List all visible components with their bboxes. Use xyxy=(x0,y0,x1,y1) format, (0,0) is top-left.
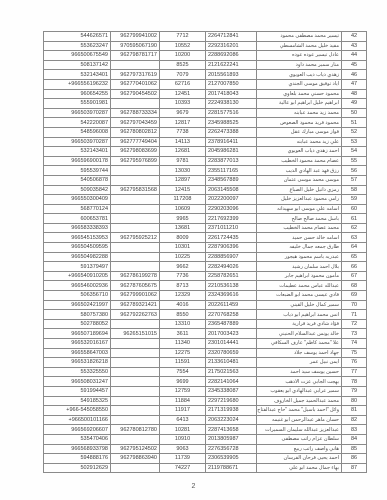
cell-phone_b xyxy=(111,319,160,329)
cell-national_id: 2297219680 xyxy=(206,396,257,406)
cell-phone_b: 96265151015 xyxy=(111,329,160,339)
table-row: 535470406109102013805987سلطان عزام راتب … xyxy=(44,434,367,444)
cell-name: محمد عصام محمد الخطيب xyxy=(257,223,342,233)
table-row: 59137949796622282494026بلال احمد سلمان ر… xyxy=(44,262,367,272)
cell-name: بلال احمد سلمان رشيد xyxy=(257,262,342,272)
cell-national_id: 2171319938 xyxy=(206,406,257,416)
table-row: 509035842962795831568124152063145508رمزي… xyxy=(44,185,367,195)
table-row: 594888176962798863940117392306539905احمد… xyxy=(44,454,367,464)
cell-phone_a: 549185325 xyxy=(44,396,111,406)
cell-national_id: 2365487889 xyxy=(206,319,257,329)
cell-ref: 11739 xyxy=(160,454,206,464)
cell-ref: 117208 xyxy=(160,195,206,205)
table-row: 966500675549962798781717102002288692086ع… xyxy=(44,51,367,61)
cell-phone_a: 591994457 xyxy=(44,386,111,396)
cell-ref: 12451 xyxy=(160,89,206,99)
cell-name: سمير كمال خليل القيني xyxy=(257,300,342,310)
cell-index: 75 xyxy=(342,348,367,358)
table-row: 549185325118842297219680محمد عبدالحميد ج… xyxy=(44,396,367,406)
cell-phone_a: 532143401 xyxy=(44,147,111,157)
cell-name: باسل محمد صالح صالح xyxy=(257,214,342,224)
cell-index: 87 xyxy=(342,463,367,473)
cell-index: 86 xyxy=(342,454,367,464)
cell-phone_b xyxy=(111,204,160,214)
cell-name: حسان ماهر عبدالرحمن ابو غنيمه xyxy=(257,415,342,425)
cell-national_id: 2292316201 xyxy=(206,41,257,51)
cell-ref: 10225 xyxy=(160,252,206,262)
cell-phone_a: 966583338393 xyxy=(44,223,111,233)
cell-phone_b xyxy=(111,348,160,358)
table-row: +966556196232962770401062627162127007850… xyxy=(44,79,367,89)
cell-phone_a: 502788052 xyxy=(44,319,111,329)
cell-name: زهدي ذياب ذيب العويوي xyxy=(257,70,342,80)
cell-name: تيسير محمد مصطفى محمود xyxy=(257,32,342,42)
cell-index: 61 xyxy=(342,214,367,224)
cell-ref: 10609 xyxy=(160,204,206,214)
cell-phone_b: 962795831568 xyxy=(111,185,160,195)
cell-phone_a: 508137142 xyxy=(44,60,111,70)
cell-ref: 11340 xyxy=(160,339,206,349)
cell-index: 44 xyxy=(342,51,367,61)
cell-national_id: 2287413658 xyxy=(206,425,257,435)
cell-phone_a: 966504509595 xyxy=(44,243,111,253)
cell-national_id: 2022611459 xyxy=(206,300,257,310)
cell-ref: 13681 xyxy=(160,223,206,233)
cell-index: 78 xyxy=(342,377,367,387)
cell-phone_b xyxy=(111,463,160,473)
cell-ref: 9662 xyxy=(160,262,206,272)
table-row: 96659690017896279597689997812283877013عص… xyxy=(44,156,367,166)
cell-national_id: 2345338087 xyxy=(206,386,257,396)
cell-phone_a: 535470406 xyxy=(44,434,111,444)
cell-name: محمود فريد محمود الصعوص xyxy=(257,118,342,128)
table-row: 960654255962790454502124512017418043محمو… xyxy=(44,89,367,99)
cell-name: عبدالله عباس محمد عطيمات xyxy=(257,281,342,291)
cell-ref: 10552 xyxy=(160,41,206,51)
cell-phone_a: 502912629 xyxy=(44,463,111,473)
cell-phone_a: +966-545058550 xyxy=(44,406,111,416)
cell-phone_b xyxy=(111,99,160,109)
cell-national_id: 2287906396 xyxy=(206,243,257,253)
cell-phone_b xyxy=(111,223,160,233)
cell-phone_b: 962799901062 xyxy=(111,291,160,301)
cell-phone_b: 962788733334 xyxy=(111,108,160,118)
table-row: 58075738096279226276385502270768258انس م… xyxy=(44,310,367,320)
cell-name: فادي عيسى محمد ابو الضبعات xyxy=(257,291,342,301)
cell-name: رامي محمود عبدالعزيز خليل xyxy=(257,195,342,205)
cell-national_id: 2306539905 xyxy=(206,454,257,464)
cell-phone_a: 966503970287 xyxy=(44,137,111,147)
cell-name: رزق فهد عبد الهادي الذيب xyxy=(257,166,342,176)
cell-ref: 8713 xyxy=(160,281,206,291)
cell-ref: 4016 xyxy=(160,300,206,310)
cell-national_id: 2045986281 xyxy=(206,147,257,157)
cell-name: ايمن نبيل عمر xyxy=(257,358,342,368)
cell-phone_a: 966596900178 xyxy=(44,156,111,166)
cell-name: فواز موسى مبارك عقل xyxy=(257,127,342,137)
cell-national_id: 2281577516 xyxy=(206,108,257,118)
cell-national_id: 2063223024 xyxy=(206,415,257,425)
cell-ref: 9679 xyxy=(160,108,206,118)
cell-phone_a: 966504982288 xyxy=(44,252,111,262)
cell-name: بهاء جمال محمد ابو علي xyxy=(257,463,342,473)
table-row: +96654091020596278619927877362258782651م… xyxy=(44,271,367,281)
cell-ref: 11591 xyxy=(160,358,206,368)
table-row: 96650242199796278932142140162022611459سم… xyxy=(44,300,367,310)
table-row: 966504982288102252288856907عبدربه باسم م… xyxy=(44,252,367,262)
cell-national_id: 2301014441 xyxy=(206,339,257,349)
cell-phone_a: 960654255 xyxy=(44,89,111,99)
cell-name: محمد زيد محمد عبابنه xyxy=(257,108,342,118)
cell-index: 52 xyxy=(342,127,367,137)
cell-national_id: 2063145508 xyxy=(206,185,257,195)
cell-national_id: 2127007850 xyxy=(206,79,257,89)
cell-name: فؤاد شادي فريد قرارية xyxy=(257,319,342,329)
table-row: 96656893379896279512450290632276356728ها… xyxy=(44,444,367,454)
cell-national_id: 2258782651 xyxy=(206,271,257,281)
cell-national_id: 2262473388 xyxy=(206,127,257,137)
cell-ref: 8550 xyxy=(160,310,206,320)
cell-phone_b xyxy=(111,60,160,70)
cell-national_id: 2371011210 xyxy=(206,223,257,233)
cell-index: 62 xyxy=(342,223,367,233)
cell-national_id: 2175021563 xyxy=(206,367,257,377)
cell-phone_b: 962795124502 xyxy=(111,444,160,454)
cell-name: عادل تيسير عوده عوده xyxy=(257,51,342,61)
cell-phone_a: 580757380 xyxy=(44,310,111,320)
cell-ref: 7738 xyxy=(160,127,206,137)
cell-ref: 12415 xyxy=(160,185,206,195)
cell-index: 63 xyxy=(342,233,367,243)
cell-national_id: 2270768258 xyxy=(206,310,257,320)
table-row: 966504509595103012287906396طارق جمعه جما… xyxy=(44,243,367,253)
cell-phone_a: 966546002936 xyxy=(44,281,111,291)
cell-index: 66 xyxy=(342,262,367,272)
cell-phone_a: 506356710 xyxy=(44,291,111,301)
cell-phone_b xyxy=(111,243,160,253)
cell-ref: 8009 xyxy=(160,233,206,243)
cell-index: 74 xyxy=(342,339,367,349)
cell-phone_b xyxy=(111,195,160,205)
cell-national_id: 2378916411 xyxy=(206,137,257,147)
cell-phone_b xyxy=(111,262,160,272)
cell-national_id: 2017418043 xyxy=(206,89,257,99)
cell-name: ابراهيم خليل ابراهيم ابو عالية xyxy=(257,99,342,109)
table-row: 966583338393136812371011210محمد عصام محم… xyxy=(44,223,367,233)
cell-phone_b: 962797043459 xyxy=(111,118,160,128)
cell-phone_b: 962795976899 xyxy=(111,156,160,166)
table-row: 54462657196279994100277122264712841تيسير… xyxy=(44,32,367,42)
cell-phone_b xyxy=(111,434,160,444)
table-row: 966532016167113402301014441علا "محمد كاظ… xyxy=(44,339,367,349)
cell-name: علا "محمد كاظم" عارف السكافي xyxy=(257,339,342,349)
cell-phone_a: 553325550 xyxy=(44,367,111,377)
cell-name: محمد عبدالحميد جميل الخاروف xyxy=(257,396,342,406)
cell-index: 58 xyxy=(342,185,367,195)
cell-name: بهجت الجابي عزت الاذهب xyxy=(257,377,342,387)
table-row: 54859600896278080281277382262473388فواز … xyxy=(44,127,367,137)
cell-name: وائل "احمد باسيل" محمد "حاج عبدالفتاح" xyxy=(257,406,342,416)
table-row: 50813714285252121622241منار سمير محمد دا… xyxy=(44,60,367,70)
cell-phone_a: 966569206607 xyxy=(44,425,111,435)
cell-national_id: 2210536138 xyxy=(206,281,257,291)
cell-name: سلطان عزام راتب مصطفى xyxy=(257,434,342,444)
cell-index: 47 xyxy=(342,79,367,89)
cell-phone_a: 540506878 xyxy=(44,175,111,185)
cell-national_id: 2015561893 xyxy=(206,70,257,80)
cell-phone_b: 962786199278 xyxy=(111,271,160,281)
cell-national_id: 2324369616 xyxy=(206,291,257,301)
cell-ref: 7079 xyxy=(160,70,206,80)
cell-name: مفيد خليل محمد الشامسطي xyxy=(257,41,342,51)
cell-ref: 12329 xyxy=(160,291,206,301)
cell-index: 68 xyxy=(342,281,367,291)
table-row: 555901981103932224938130ابراهيم خليل ابر… xyxy=(44,99,367,109)
cell-index: 84 xyxy=(342,434,367,444)
cell-national_id: 2017003423 xyxy=(206,329,257,339)
cell-name: حسين يوسف سيد احمد xyxy=(257,367,342,377)
table-row: 9665071896949626515101536112017003423خال… xyxy=(44,329,367,339)
cell-national_id: 2282494026 xyxy=(206,262,257,272)
cell-phone_a: 548596008 xyxy=(44,127,111,137)
cell-index: 53 xyxy=(342,137,367,147)
cell-phone_a: 544626571 xyxy=(44,32,111,42)
table-row: 60065378199652217692399باسل محمد صالح صا… xyxy=(44,214,367,224)
cell-index: 70 xyxy=(342,300,367,310)
cell-name: هاني واصف راتب ربيع xyxy=(257,444,342,454)
cell-phone_b: 962789321421 xyxy=(111,300,160,310)
table-row: 532143401962798083699126812045986281احمد… xyxy=(44,147,367,157)
cell-index: 46 xyxy=(342,70,367,80)
cell-national_id: 2224938130 xyxy=(206,99,257,109)
cell-phone_b: 962797317619 xyxy=(111,70,160,80)
cell-name: موسى محمد موسى عثمان xyxy=(257,175,342,185)
table-row: 53214340196279731761970792015561893زهدي … xyxy=(44,70,367,80)
cell-name: طارق جمعه جمال خليفه xyxy=(257,243,342,253)
cell-name: رمزي دانيل خليل الصباغ xyxy=(257,185,342,195)
cell-ref: 12759 xyxy=(160,386,206,396)
cell-phone_b xyxy=(111,386,160,396)
cell-phone_b: 962787605675 xyxy=(111,281,160,291)
cell-index: 56 xyxy=(342,166,367,176)
cell-index: 45 xyxy=(342,60,367,70)
cell-name: مأمون محمود ابراهيم جابر xyxy=(257,271,342,281)
cell-index: 64 xyxy=(342,243,367,253)
cell-ref: 6413 xyxy=(160,415,206,425)
cell-index: 69 xyxy=(342,291,367,301)
cell-index: 72 xyxy=(342,319,367,329)
cell-phone_b xyxy=(111,358,160,368)
cell-index: 71 xyxy=(342,310,367,320)
cell-phone_a: 509035842 xyxy=(44,185,111,195)
cell-phone_a: 966507189694 xyxy=(44,329,111,339)
cell-index: 79 xyxy=(342,386,367,396)
cell-ref: 10200 xyxy=(160,51,206,61)
cell-name: منار سمير محمد داود xyxy=(257,60,342,70)
table-row: 502788052133102365487889فؤاد شادي فريد ق… xyxy=(44,319,367,329)
cell-phone_a: 542220087 xyxy=(44,118,111,128)
cell-phone_b: 962777749404 xyxy=(111,137,160,147)
cell-ref: 12817 xyxy=(160,118,206,128)
cell-phone_a: 532143401 xyxy=(44,70,111,80)
cell-phone_b xyxy=(111,396,160,406)
cell-phone_a: 966550300409 xyxy=(44,195,111,205)
table-row: 96654600293696278760567587132210536138عب… xyxy=(44,281,367,291)
cell-name: انس محمد ابراهيم ابو ذياب xyxy=(257,310,342,320)
cell-index: 77 xyxy=(342,367,367,377)
cell-national_id: 2261724435 xyxy=(206,233,257,243)
cell-phone_b xyxy=(111,377,160,387)
cell-phone_a: +966540910205 xyxy=(44,271,111,281)
cell-national_id: 2348567889 xyxy=(206,175,257,185)
cell-phone_a: +966556196232 xyxy=(44,79,111,89)
cell-ref: 14113 xyxy=(160,137,206,147)
cell-ref: 10301 xyxy=(160,243,206,253)
table-row: 966558647003122752320780659جهاد احمد يوس… xyxy=(44,348,367,358)
cell-index: 76 xyxy=(342,358,367,368)
cell-national_id: 2276356728 xyxy=(206,444,257,454)
cell-national_id: 2290203096 xyxy=(206,204,257,214)
cell-name: عصام محمد محمود الخطيب xyxy=(257,156,342,166)
cell-phone_b: 962798781717 xyxy=(111,51,160,61)
cell-phone_a: 966545153953 xyxy=(44,233,111,243)
table-row: 595539744130302355117165رزق فهد عبد الها… xyxy=(44,166,367,176)
cell-ref: 11884 xyxy=(160,396,206,406)
cell-ref: 12897 xyxy=(160,175,206,185)
cell-national_id: 2320780659 xyxy=(206,348,257,358)
cell-index: 42 xyxy=(342,32,367,42)
cell-name: اياد توفيق موسى الجندي xyxy=(257,79,342,89)
table-row: 568770124106092290203096اسامه علي موسى ا… xyxy=(44,204,367,214)
cell-ref: 3611 xyxy=(160,329,206,339)
cell-ref: 62716 xyxy=(160,79,206,89)
cell-ref: 8525 xyxy=(160,60,206,70)
scanned-document-page: 54462657196279994100277122264712841تيسير… xyxy=(0,0,387,500)
cell-ref: 9781 xyxy=(160,156,206,166)
cell-ref: 7736 xyxy=(160,271,206,281)
cell-ref: 12275 xyxy=(160,348,206,358)
cell-phone_a: 966502421997 xyxy=(44,300,111,310)
cell-phone_a: 594888176 xyxy=(44,454,111,464)
cell-national_id: 2217692399 xyxy=(206,214,257,224)
cell-phone_b: 962792262763 xyxy=(111,310,160,320)
cell-phone_a: +966500101166 xyxy=(44,415,111,425)
cell-name: جهاد احمد يوسف جلاد xyxy=(257,348,342,358)
cell-phone_b xyxy=(111,252,160,262)
cell-index: 83 xyxy=(342,425,367,435)
cell-index: 49 xyxy=(342,99,367,109)
cell-phone_b: 962780812780 xyxy=(111,425,160,435)
cell-index: 57 xyxy=(342,175,367,185)
table-row: 96650397028796278873333496792281577516مح… xyxy=(44,108,367,118)
cell-national_id: 2013805987 xyxy=(206,434,257,444)
table-row: +96650010116664132063223024حسان ماهر عبد… xyxy=(44,415,367,425)
cell-national_id: 2121622241 xyxy=(206,60,257,70)
cell-name: محمود حسني محمد بلعاوي xyxy=(257,89,342,99)
cell-index: 73 xyxy=(342,329,367,339)
cell-phone_a: 553623247 xyxy=(44,41,111,51)
cell-name: عبدالعزيز عبدالله سليمان السميرات xyxy=(257,425,342,435)
cell-ref: 13310 xyxy=(160,319,206,329)
cell-phone_b xyxy=(111,415,160,425)
cell-index: 43 xyxy=(342,41,367,51)
cell-ref: 13030 xyxy=(160,166,206,176)
cell-phone_b: 970595067190 xyxy=(111,41,160,51)
cell-phone_a: 966508031247 xyxy=(44,377,111,387)
table-row: 502912629742272119788671بهاء جمال محمد ا… xyxy=(44,463,367,473)
cell-national_id: 2345988525 xyxy=(206,118,257,128)
cell-phone_b xyxy=(111,214,160,224)
cell-national_id: 2022200097 xyxy=(206,195,257,205)
cell-index: 55 xyxy=(342,156,367,166)
page-number: 2 xyxy=(0,483,387,490)
table-row: +966-545058550119172171319938وائل "احمد … xyxy=(44,406,367,416)
table-row: 540506878128972348567889موسى محمد موسى ع… xyxy=(44,175,367,185)
cell-phone_b: 962780802812 xyxy=(111,127,160,137)
table-row: 966569206607962780812780102812287413658ع… xyxy=(44,425,367,435)
cell-ref: 10393 xyxy=(160,99,206,109)
cell-phone_a: 591379497 xyxy=(44,262,111,272)
cell-phone_b: 962790454502 xyxy=(111,89,160,99)
cell-phone_b: 962798083699 xyxy=(111,147,160,157)
cell-ref: 10910 xyxy=(160,434,206,444)
cell-name: احمد زهدي ذياب العويوي xyxy=(257,147,342,157)
cell-national_id: 2288856907 xyxy=(206,252,257,262)
records-table: 54462657196279994100277122264712841تيسير… xyxy=(43,31,367,473)
cell-index: 48 xyxy=(342,89,367,99)
cell-phone_a: 966531826218 xyxy=(44,358,111,368)
cell-name: احمد يحيى فرحان الفرسان xyxy=(257,454,342,464)
cell-phone_a: 555901981 xyxy=(44,99,111,109)
cell-national_id: 2288692086 xyxy=(206,51,257,61)
cell-phone_b: 962795925212 xyxy=(111,233,160,243)
cell-national_id: 2119788671 xyxy=(206,463,257,473)
cell-name: سمير عرابي عبدالهادي ابو يعقوب xyxy=(257,386,342,396)
cell-national_id: 2282141064 xyxy=(206,377,257,387)
cell-index: 67 xyxy=(342,271,367,281)
cell-ref: 74227 xyxy=(160,463,206,473)
table-row: 9665503004091172082022200097رامي محمود ع… xyxy=(44,195,367,205)
cell-ref: 10281 xyxy=(160,425,206,435)
cell-phone_b xyxy=(111,166,160,176)
cell-ref: 12681 xyxy=(160,147,206,157)
table-row: 553623247970595067190105522292316201مفيد… xyxy=(44,41,367,51)
cell-phone_a: 966532016167 xyxy=(44,339,111,349)
cell-phone_a: 966558647003 xyxy=(44,348,111,358)
cell-ref: 11917 xyxy=(160,406,206,416)
table-row: 96654515395396279592521280092261724435اس… xyxy=(44,233,367,243)
cell-phone_b xyxy=(111,367,160,377)
table-row: 506356710962799901062123292324369616فادي… xyxy=(44,291,367,301)
table-row: 966503970287962777749404141132378916411ع… xyxy=(44,137,367,147)
cell-index: 65 xyxy=(342,252,367,262)
cell-phone_b xyxy=(111,406,160,416)
table-row: 542220087962797043459128172345988525محمو… xyxy=(44,118,367,128)
cell-name: علي زيد محمد عبابنه xyxy=(257,137,342,147)
cell-phone_a: 966568933798 xyxy=(44,444,111,454)
cell-index: 59 xyxy=(342,195,367,205)
cell-phone_a: 595539744 xyxy=(44,166,111,176)
table-row: 96650803124796992282141064بهجت الجابي عز… xyxy=(44,377,367,387)
cell-ref: 7712 xyxy=(160,32,206,42)
cell-index: 60 xyxy=(342,204,367,214)
cell-name: اسامه خالد حسن حميد xyxy=(257,233,342,243)
cell-phone_b: 962799941002 xyxy=(111,32,160,42)
table-row: 55332555075542175021563حسين يوسف سيد احم… xyxy=(44,367,367,377)
cell-index: 80 xyxy=(342,396,367,406)
cell-name: عبدربه باسم محمود هيجور xyxy=(257,252,342,262)
cell-ref: 9063 xyxy=(160,444,206,454)
